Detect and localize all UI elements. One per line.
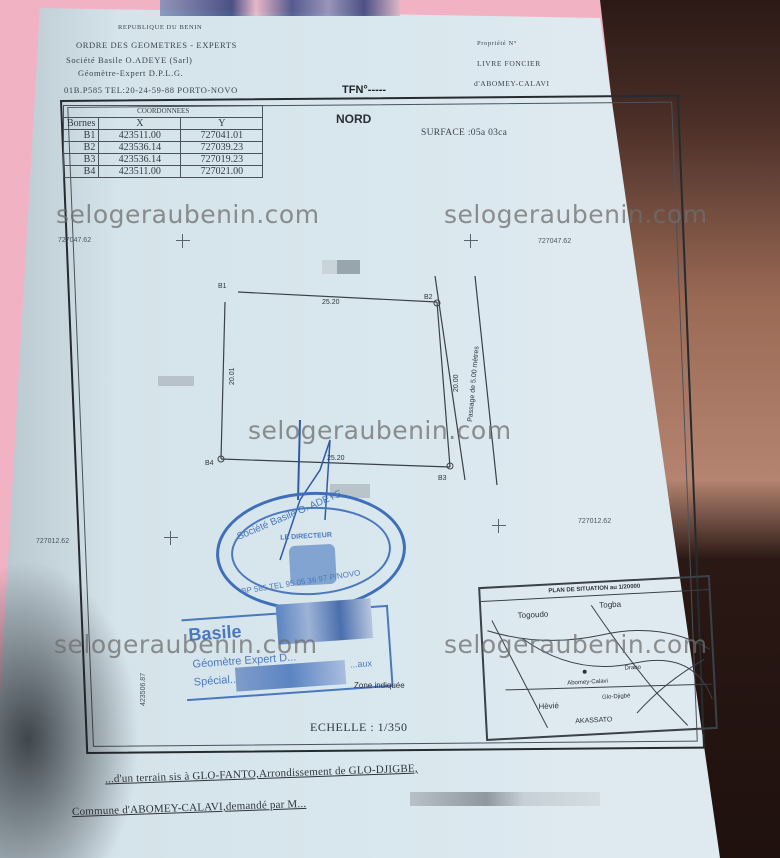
side-right-length: 20.00 (453, 374, 460, 392)
watermark: selogeraubenin.com (54, 630, 318, 659)
zone-label: Zone indiquée (354, 681, 405, 690)
hand-shadow (0, 560, 140, 858)
redacted-label (322, 260, 360, 274)
side-left-length: 20.01 (229, 367, 236, 385)
corner-b4: B4 (205, 460, 214, 467)
side-top-length: 25.20 (322, 299, 340, 306)
corner-b2: B2 (424, 294, 433, 301)
corner-b3: B3 (438, 475, 447, 482)
watermark: selogeraubenin.com (248, 416, 512, 445)
road-label: Passage de 5.00 mètres (467, 345, 481, 422)
watermark: selogeraubenin.com (444, 200, 708, 229)
redacted-neighbor-label (158, 376, 194, 386)
redacted-applicant-name (410, 792, 600, 806)
scale-label: ECHELLE : 1/350 (310, 720, 408, 735)
watermark: selogeraubenin.com (444, 630, 708, 659)
watermark: selogeraubenin.com (56, 200, 320, 229)
corner-b1: B1 (218, 283, 227, 290)
stamp-emblem-icon (289, 544, 337, 586)
side-bottom-length: 25.20 (327, 455, 345, 462)
